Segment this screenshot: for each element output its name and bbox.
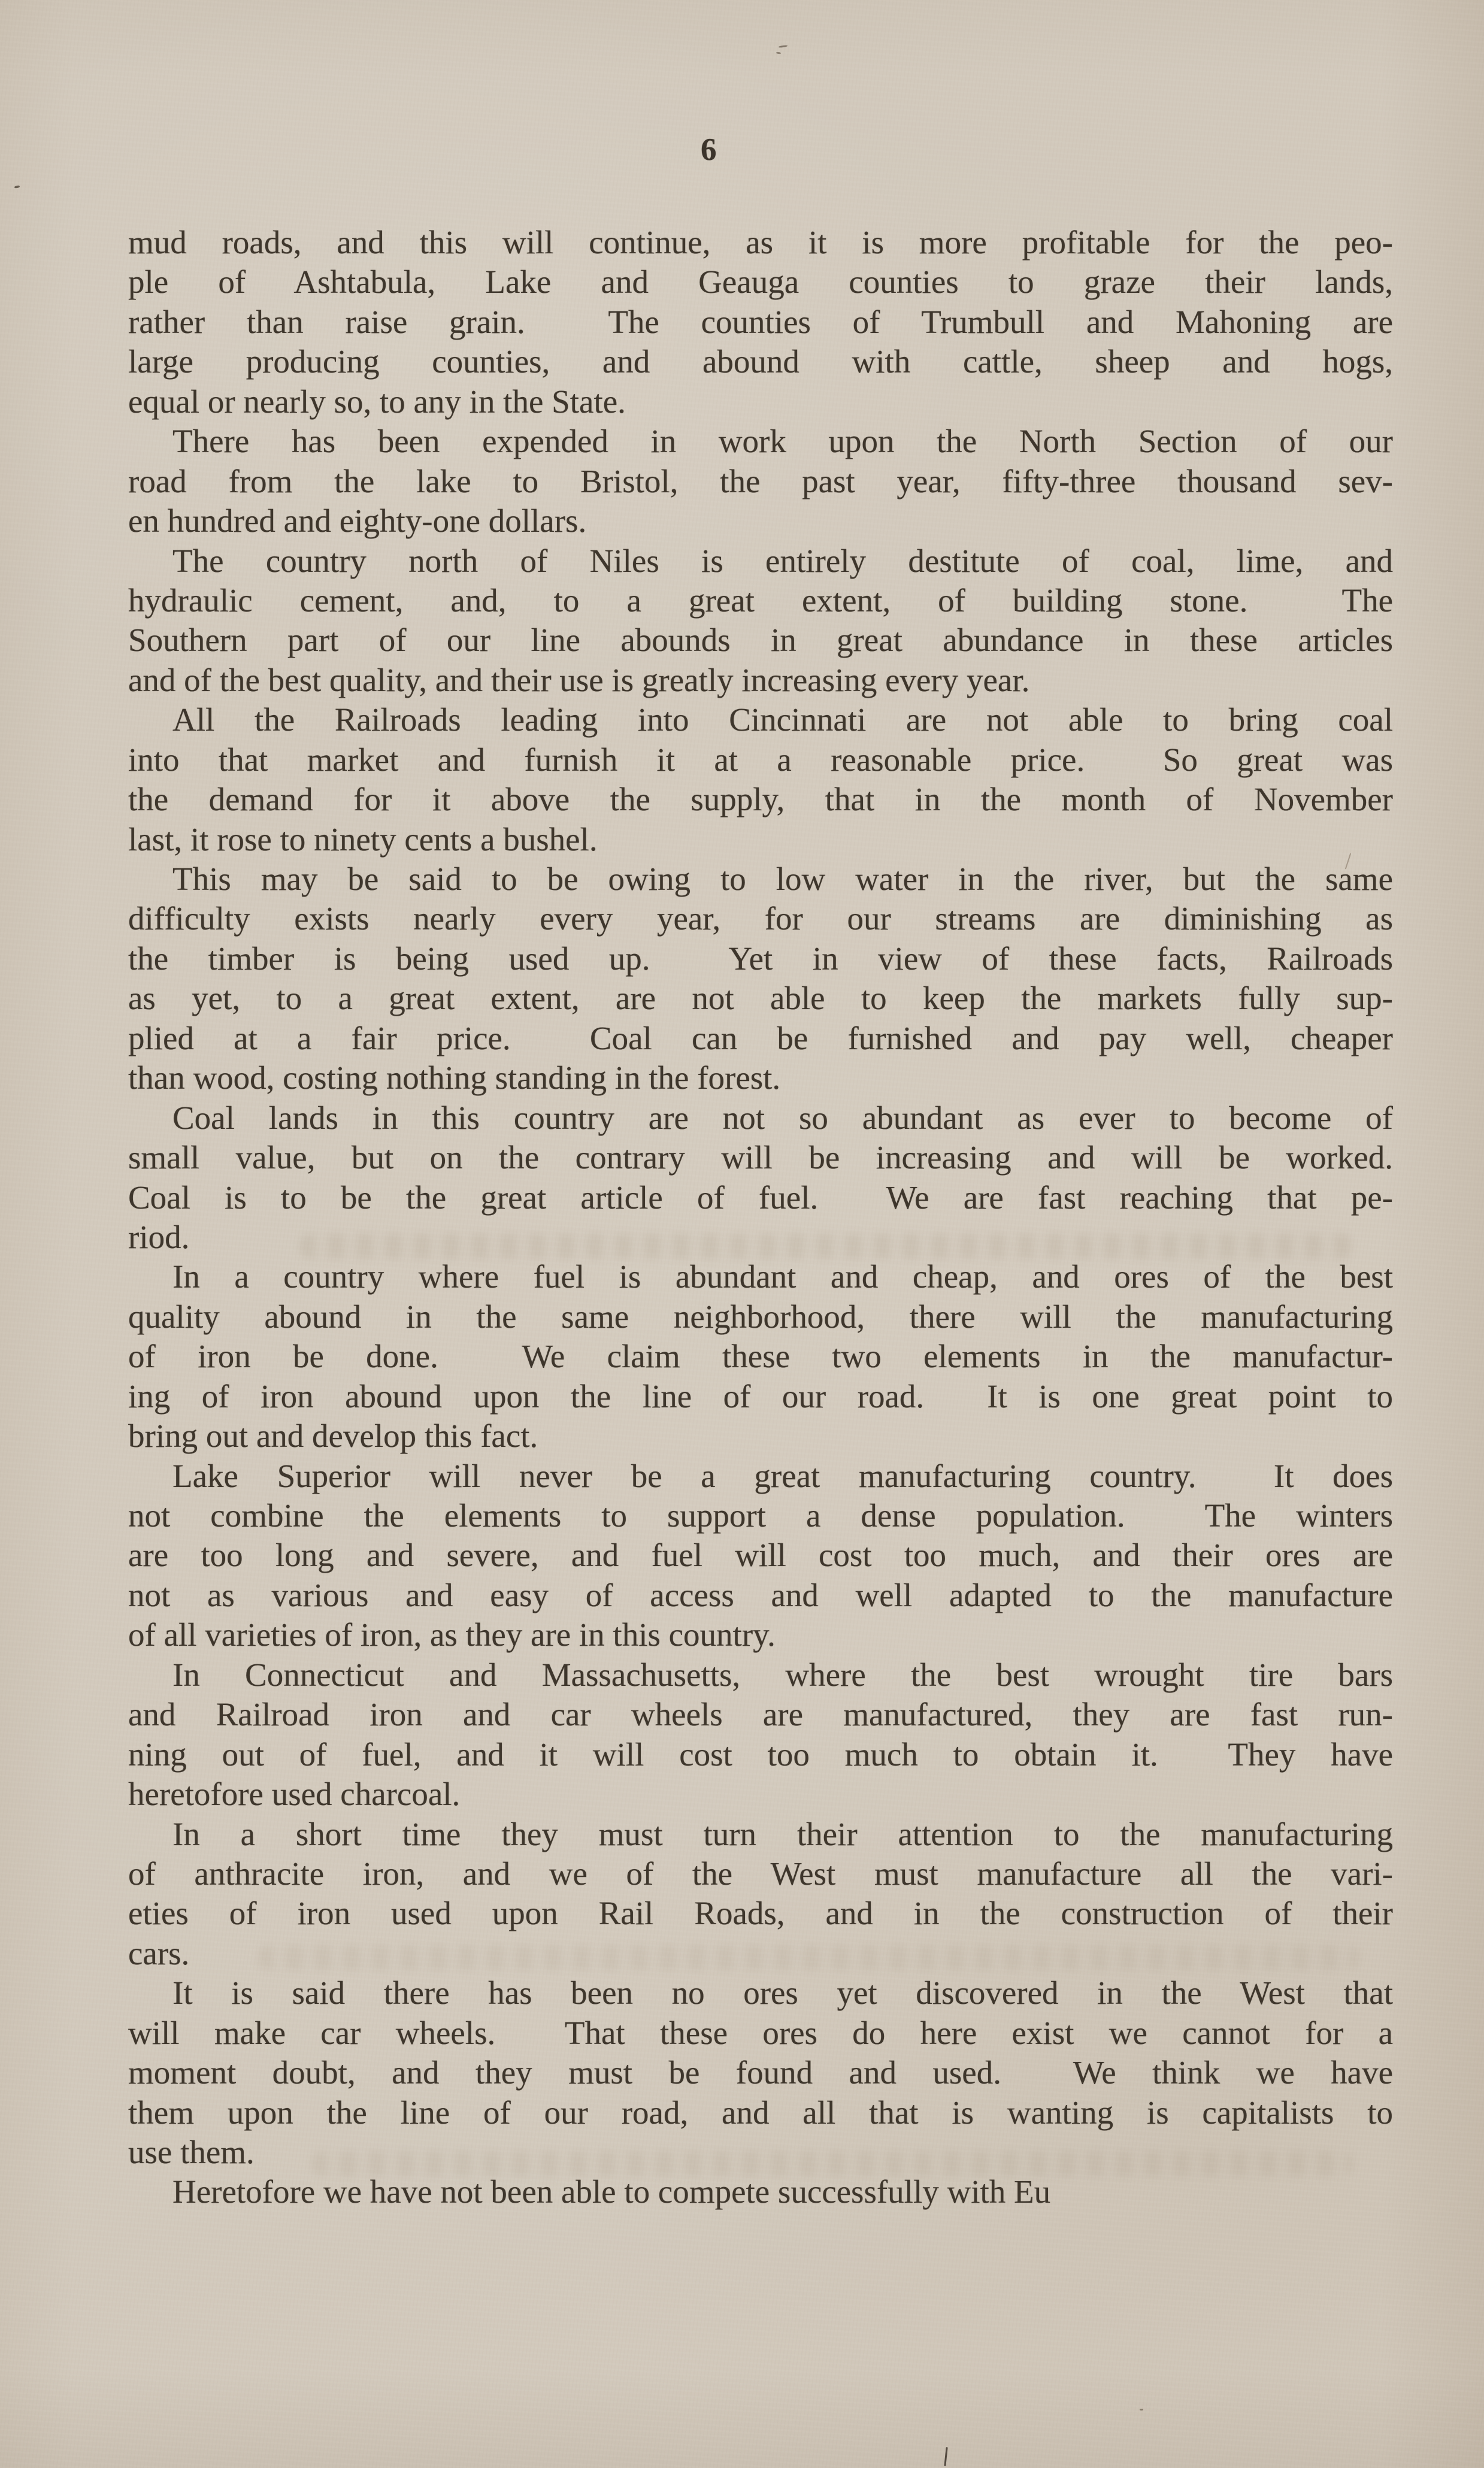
paragraph: This may be said to be owing to low wate…: [128, 859, 1393, 1098]
paper-speck: [14, 185, 20, 189]
text-line: en hundred and eighty-one dollars.: [128, 501, 1393, 541]
scanned-page: { "page": { "number": "6", "paper_color"…: [0, 0, 1484, 2468]
text-line: equal or nearly so, to any in the State.: [128, 382, 1393, 422]
text-line: plied at a fair price. Coal can be furni…: [128, 1019, 1393, 1058]
text-line: ning out of fuel, and it will cost too m…: [128, 1735, 1393, 1774]
text-line: small value, but on the contrary will be…: [128, 1138, 1393, 1177]
text-line: difficulty exists nearly every year, for…: [128, 899, 1393, 938]
text-line: Coal is to be the great article of fuel.…: [128, 1178, 1393, 1218]
text-line: of all varieties of iron, as they are in…: [128, 1615, 1393, 1655]
text-line: There has been expended in work upon the…: [128, 422, 1393, 461]
paragraph: All the Railroads leading into Cincinnat…: [128, 700, 1393, 859]
text-line: Lake Superior will never be a great manu…: [128, 1456, 1393, 1496]
text-line: and of the best quality, and their use i…: [128, 661, 1393, 700]
text-line: not combine the elements to support a de…: [128, 1496, 1393, 1536]
text-line: rather than raise grain. The counties of…: [128, 302, 1393, 342]
text-line: and Railroad iron and car wheels are man…: [128, 1695, 1393, 1734]
text-line: last, it rose to ninety cents a bushel.: [128, 820, 1393, 859]
text-line: hydraulic cement, and, to a great extent…: [128, 581, 1393, 620]
text-line: cars.: [128, 1934, 1393, 1973]
paragraph: There has been expended in work upon the…: [128, 422, 1393, 541]
body-text-block: mud roads, and this will continue, as it…: [128, 223, 1393, 2212]
paragraph: It is said there has been no ores yet di…: [128, 1973, 1393, 2172]
text-line: as yet, to a great extent, are not able …: [128, 979, 1393, 1018]
text-line: All the Railroads leading into Cincinnat…: [128, 700, 1393, 740]
text-line: are too long and severe, and fuel will c…: [128, 1536, 1393, 1575]
text-line: large producing counties, and abound wit…: [128, 342, 1393, 381]
text-line: eties of iron used upon Rail Roads, and …: [128, 1894, 1393, 1933]
page-number: 6: [701, 132, 717, 168]
paragraph: In a short time they must turn their att…: [128, 1815, 1393, 1974]
text-line: It is said there has been no ores yet di…: [128, 1973, 1393, 2013]
text-line: heretofore used charcoal.: [128, 1774, 1393, 1814]
text-line: In Connecticut and Massachusetts, where …: [128, 1655, 1393, 1695]
text-line: not as various and easy of access and we…: [128, 1576, 1393, 1615]
text-line: Southern part of our line abounds in gre…: [128, 620, 1393, 660]
text-line: use them.: [128, 2133, 1393, 2172]
paragraph: The country north of Niles is entirely d…: [128, 541, 1393, 701]
paper-speck: [779, 45, 788, 48]
text-line: of anthracite iron, and we of the West m…: [128, 1854, 1393, 1894]
text-line: of iron be done. We claim these two elem…: [128, 1337, 1393, 1376]
paragraph: Heretofore we have not been able to comp…: [128, 2172, 1393, 2212]
paragraph: Coal lands in this country are not so ab…: [128, 1098, 1393, 1258]
text-line: the timber is being used up. Yet in view…: [128, 939, 1393, 979]
paper-fiber: [944, 2447, 947, 2466]
text-line: will make car wheels. That these ores do…: [128, 2013, 1393, 2053]
text-line: the demand for it above the supply, that…: [128, 780, 1393, 819]
text-line: than wood, costing nothing standing in t…: [128, 1058, 1393, 1098]
text-line: Heretofore we have not been able to comp…: [128, 2172, 1393, 2212]
text-line: ple of Ashtabula, Lake and Geauga counti…: [128, 262, 1393, 302]
text-line: bring out and develop this fact.: [128, 1416, 1393, 1456]
text-line: In a country where fuel is abundant and …: [128, 1257, 1393, 1297]
text-line: mud roads, and this will continue, as it…: [128, 223, 1393, 262]
text-line: riod.: [128, 1218, 1393, 1257]
text-line: road from the lake to Bristol, the past …: [128, 462, 1393, 501]
text-line: The country north of Niles is entirely d…: [128, 541, 1393, 581]
paragraph: Lake Superior will never be a great manu…: [128, 1456, 1393, 1655]
text-line: quality abound in the same neighborhood,…: [128, 1297, 1393, 1337]
paper-speck: [1140, 2409, 1143, 2411]
text-line: This may be said to be owing to low wate…: [128, 859, 1393, 899]
paper-speck: [776, 52, 781, 54]
text-line: into that market and furnish it at a rea…: [128, 740, 1393, 780]
paragraph: In Connecticut and Massachusetts, where …: [128, 1655, 1393, 1815]
text-line: moment doubt, and they must be found and…: [128, 2053, 1393, 2092]
text-line: In a short time they must turn their att…: [128, 1815, 1393, 1854]
text-line: ing of iron abound upon the line of our …: [128, 1377, 1393, 1416]
paragraph: mud roads, and this will continue, as it…: [128, 223, 1393, 422]
paragraph: In a country where fuel is abundant and …: [128, 1257, 1393, 1456]
text-line: Coal lands in this country are not so ab…: [128, 1098, 1393, 1138]
text-line: them upon the line of our road, and all …: [128, 2093, 1393, 2133]
